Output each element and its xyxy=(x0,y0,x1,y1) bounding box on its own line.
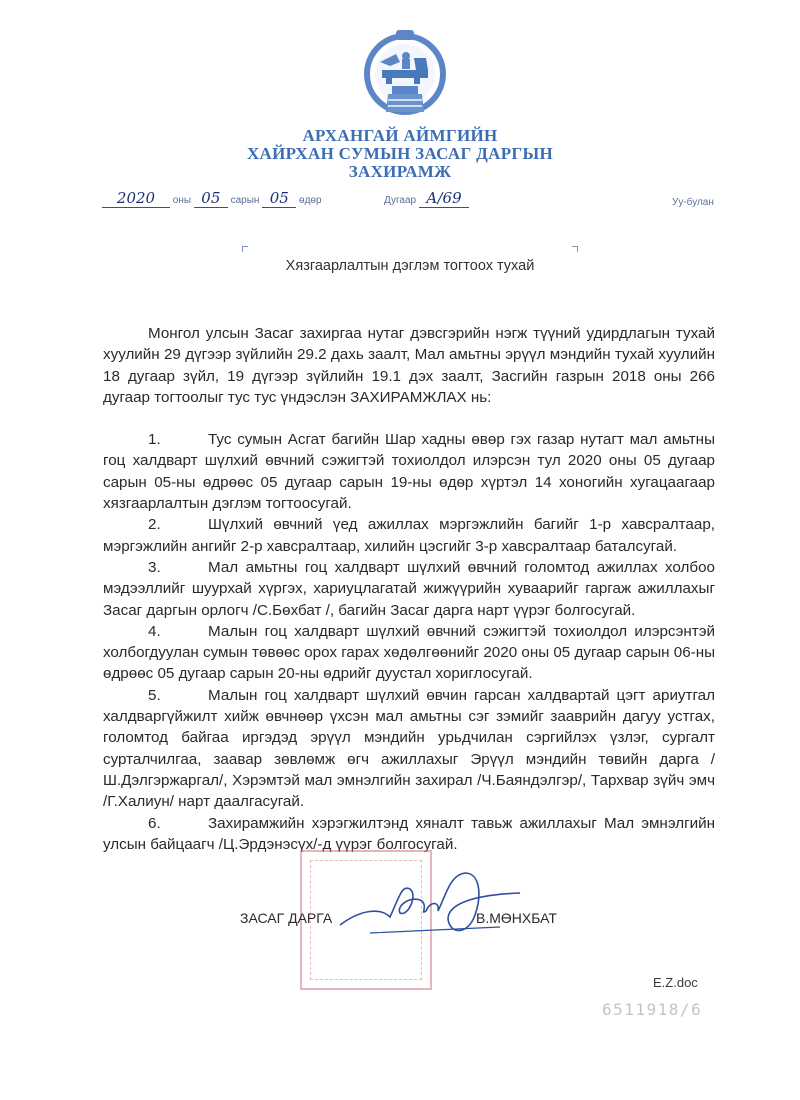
item-number: 2. xyxy=(148,514,208,535)
item-number: 5. xyxy=(148,685,208,706)
item-number: 3. xyxy=(148,557,208,578)
number-value: А/69 xyxy=(419,189,469,208)
order-item: 3.Мал амьтны гоц халдварт шүлхий өвчний … xyxy=(103,557,715,621)
serial-number: 6511918/6 xyxy=(602,1000,702,1019)
item-number: 4. xyxy=(148,621,208,642)
subject-block: Хязгаарлалтын дэглэм тогтоох тухай xyxy=(242,246,578,276)
day-label: өдөр xyxy=(299,195,322,206)
order-item: 2.Шүлхий өвчний үед ажиллах мэргэжлийн б… xyxy=(103,514,715,557)
item-number: 1. xyxy=(148,429,208,450)
order-item: 6.Захирамжийн хэрэгжилтэнд хяналт тавьж … xyxy=(103,813,715,856)
file-reference: E.Z.doc xyxy=(653,975,698,990)
signer-name: В.МӨНХБАТ xyxy=(476,910,557,926)
corner-mark-icon xyxy=(572,246,578,252)
item-number: 6. xyxy=(148,813,208,834)
number-label: Дугаар xyxy=(384,195,416,206)
item-text: Малын гоц халдварт шүлхий өвчин гарсан х… xyxy=(103,687,715,810)
org-line-soum: ХАЙРХАН СУМЫН ЗАСАГ ДАРГЫН xyxy=(0,145,800,163)
month-label: сарын xyxy=(231,195,260,206)
day-value: 05 xyxy=(262,189,296,208)
date-number-line: 2020 оны 05 сарын 05 өдөр Дугаар А/69 Уу… xyxy=(100,188,720,212)
year-value: 2020 xyxy=(102,189,170,208)
month-value: 05 xyxy=(194,189,228,208)
document-body: Монгол улсын Засаг захиргаа нутаг дэвсгэ… xyxy=(103,323,715,855)
document-subject: Хязгаарлалтын дэглэм тогтоох тухай xyxy=(242,258,578,274)
corner-mark-icon xyxy=(242,246,248,252)
order-item: 4.Малын гоц халдварт шүлхий өвчний сэжиг… xyxy=(103,621,715,685)
signer-title: ЗАСАГ ДАРГА xyxy=(240,910,332,926)
order-item: 5.Малын гоц халдварт шүлхий өвчин гарсан… xyxy=(103,685,715,813)
document-type: ЗАХИРАМЖ xyxy=(0,163,800,181)
preamble: Монгол улсын Засаг захиргаа нутаг дэвсгэ… xyxy=(103,323,715,408)
state-emblem-icon xyxy=(362,28,448,120)
year-label: оны xyxy=(173,195,191,206)
order-item: 1.Тус сумын Асгат багийн Шар хадны өвөр … xyxy=(103,429,715,514)
place-name: Уу-булан xyxy=(672,197,714,208)
org-line-aimag: АРХАНГАЙ АЙМГИЙН xyxy=(0,127,800,145)
organization-header: АРХАНГАЙ АЙМГИЙН ХАЙРХАН СУМЫН ЗАСАГ ДАР… xyxy=(0,127,800,181)
